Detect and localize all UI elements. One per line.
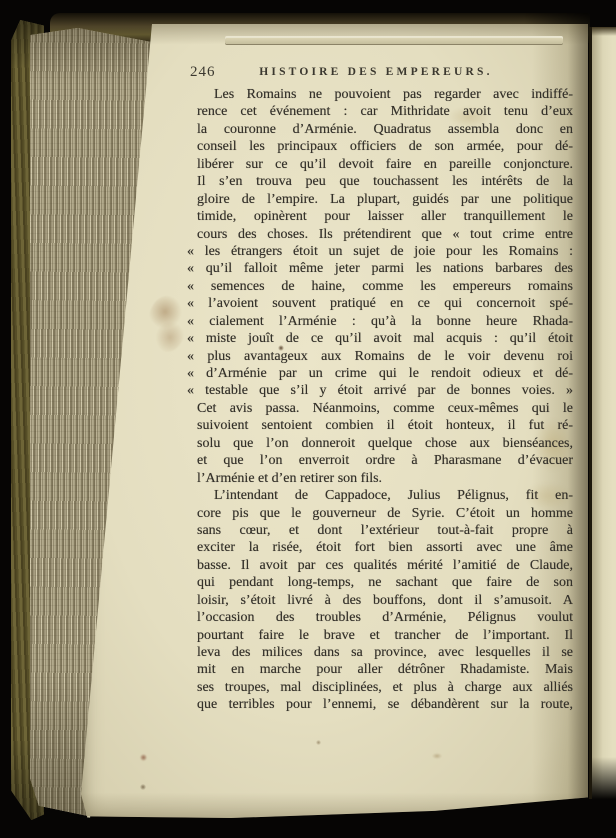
body-text: Les Romains ne pouvoient pas regarder av… <box>187 86 573 714</box>
text-line: timide, opinèrent pour laisser aller tra… <box>187 208 573 225</box>
text-line: suivoient sentoient combien il étoit hon… <box>187 417 573 434</box>
text-line: pourtant faire le brave et trancher de l… <box>187 627 573 644</box>
text-line: ses troupes, mal disciplinées, et plus à… <box>187 679 573 696</box>
foxing-stain <box>140 784 146 790</box>
text-line: « qu’il falloit même jeter parmi les nat… <box>187 260 573 277</box>
text-line: « miste jouît de ce qu’il avoit mal acqu… <box>187 330 573 347</box>
text-line: qui pendant long-temps, ne sachant que f… <box>187 574 573 591</box>
text-line: leva des milices dans sa province, avec … <box>187 644 573 661</box>
text-line: « l’avoient souvent pratiqué en ce qui c… <box>187 295 573 312</box>
book-page: 246 HISTOIRE DES EMPEREURS. Les Romains … <box>78 24 588 818</box>
text-line: l’occasion des troubles d’Arménie, Pélig… <box>187 609 573 626</box>
text-line: cours des choses. Ils prétendirent que «… <box>187 226 573 243</box>
text-line: basse. Il avoit par ces qualités mérité … <box>187 557 573 574</box>
text-line: sans cœur, et dont l’extérieur tout-à-fa… <box>187 522 573 539</box>
foxing-stain <box>148 296 186 352</box>
text-line: « les étrangers étoit un sujet de joie p… <box>187 243 573 260</box>
text-line: « testable que s’il y étoit arrivé par d… <box>187 382 573 399</box>
text-line: libérer sur ce qu’il devoit faire en par… <box>187 156 573 173</box>
text-line: solu que l’on donneroit quelque chose au… <box>187 435 573 452</box>
text-line: L’intendant de Cappadoce, Julius Pélignu… <box>187 487 573 504</box>
text-line: la couronne d’Arménie. Quadratus assembl… <box>187 121 573 138</box>
page-top-edges-band <box>225 36 563 44</box>
text-line: et que l’on enverroit ordre à Pharasmane… <box>187 452 573 469</box>
page-number: 246 <box>190 64 216 81</box>
text-line: Cet avis passa. Néanmoins, comme ceux-mê… <box>187 400 573 417</box>
text-line: l’Arménie et d’en retirer son fils. <box>187 470 573 487</box>
text-line: loisir, s’étoit livré à des bouffons, do… <box>187 592 573 609</box>
text-line: Les Romains ne pouvoient pas regarder av… <box>187 86 573 103</box>
text-line: Il s’en trouva peu que touchassent les i… <box>187 173 573 190</box>
running-title: HISTOIRE DES EMPEREURS. <box>181 64 571 78</box>
foxing-stain <box>140 754 147 761</box>
text-line: rence cet événement : car Mithridate avo… <box>187 103 573 120</box>
book-scan: 246 HISTOIRE DES EMPEREURS. Les Romains … <box>0 0 616 838</box>
foxing-stain <box>432 753 442 759</box>
text-line: gloire de l’empire. La plupart, guidés p… <box>187 191 573 208</box>
text-line: mit en marche pour aller détrôner Rhadam… <box>187 661 573 678</box>
text-line: « plus avantageux aux Romains de le voir… <box>187 348 573 365</box>
text-line: « cialement l’Arménie : qu’à la bonne he… <box>187 313 573 330</box>
foxing-stain <box>316 740 321 745</box>
facing-page-sliver <box>589 27 616 799</box>
text-line: « semences de haine, comme les empereurs… <box>187 278 573 295</box>
text-line: conseil les principaux officiers de son … <box>187 138 573 155</box>
text-line: core pis que le gouverneur de Syrie. C’é… <box>187 505 573 522</box>
text-line: exciter la risée, étoit fort bien assort… <box>187 539 573 556</box>
page-header: 246 HISTOIRE DES EMPEREURS. <box>181 64 571 82</box>
text-line: que terribles pour l’ennemi, se débandèr… <box>187 696 573 713</box>
text-line: « d’Arménie par un crime qui le rendoit … <box>187 365 573 382</box>
